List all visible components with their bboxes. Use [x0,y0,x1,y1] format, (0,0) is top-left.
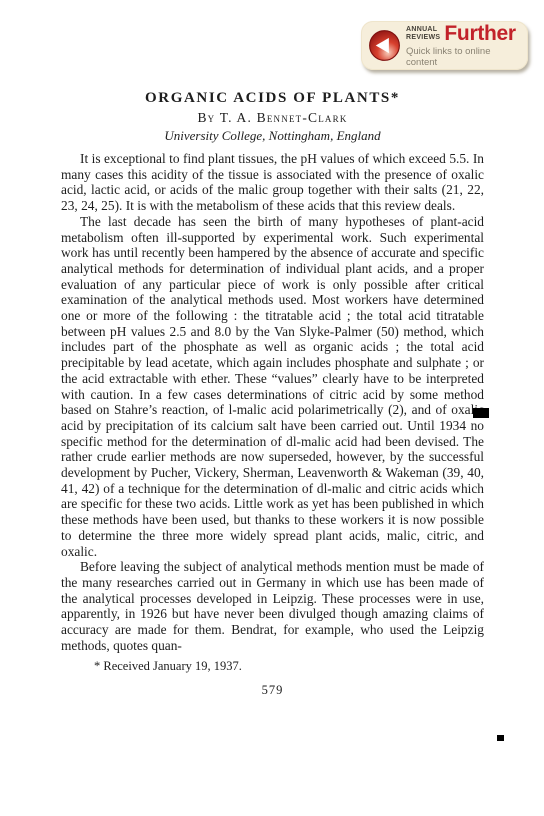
paragraph-3: Before leaving the subject of analytical… [61,559,484,653]
ink-mark [497,735,504,741]
paragraph-1: It is exceptional to find plant tissues,… [61,151,484,214]
annual-reviews-logo-line1: ANNUAL [406,26,440,34]
ink-mark [473,408,489,418]
annual-reviews-logo-text: ANNUAL REVIEWS [406,26,440,41]
byline: By T. A. Bennet-Clark [61,110,484,126]
paragraph-2: The last decade has seen the birth of ma… [61,214,484,559]
received-footnote: * Received January 19, 1937. [61,659,484,674]
body-text: It is exceptional to find plant tissues,… [61,151,484,654]
page-number: 579 [61,683,484,698]
scanned-page: ANNUAL REVIEWS Further Quick links to on… [0,0,544,816]
further-wordmark: Further [444,23,515,44]
annual-reviews-arrow-icon [368,29,401,62]
page-title: ORGANIC ACIDS OF PLANTS* [61,89,484,107]
article-content: ORGANIC ACIDS OF PLANTS* By T. A. Bennet… [61,89,484,698]
badge-tagline: Quick links to online content [406,46,520,68]
affiliation: University College, Nottingham, England [61,128,484,143]
annual-reviews-further-banner[interactable]: ANNUAL REVIEWS Further Quick links to on… [361,21,528,70]
annual-reviews-logo-line2: REVIEWS [406,34,440,42]
